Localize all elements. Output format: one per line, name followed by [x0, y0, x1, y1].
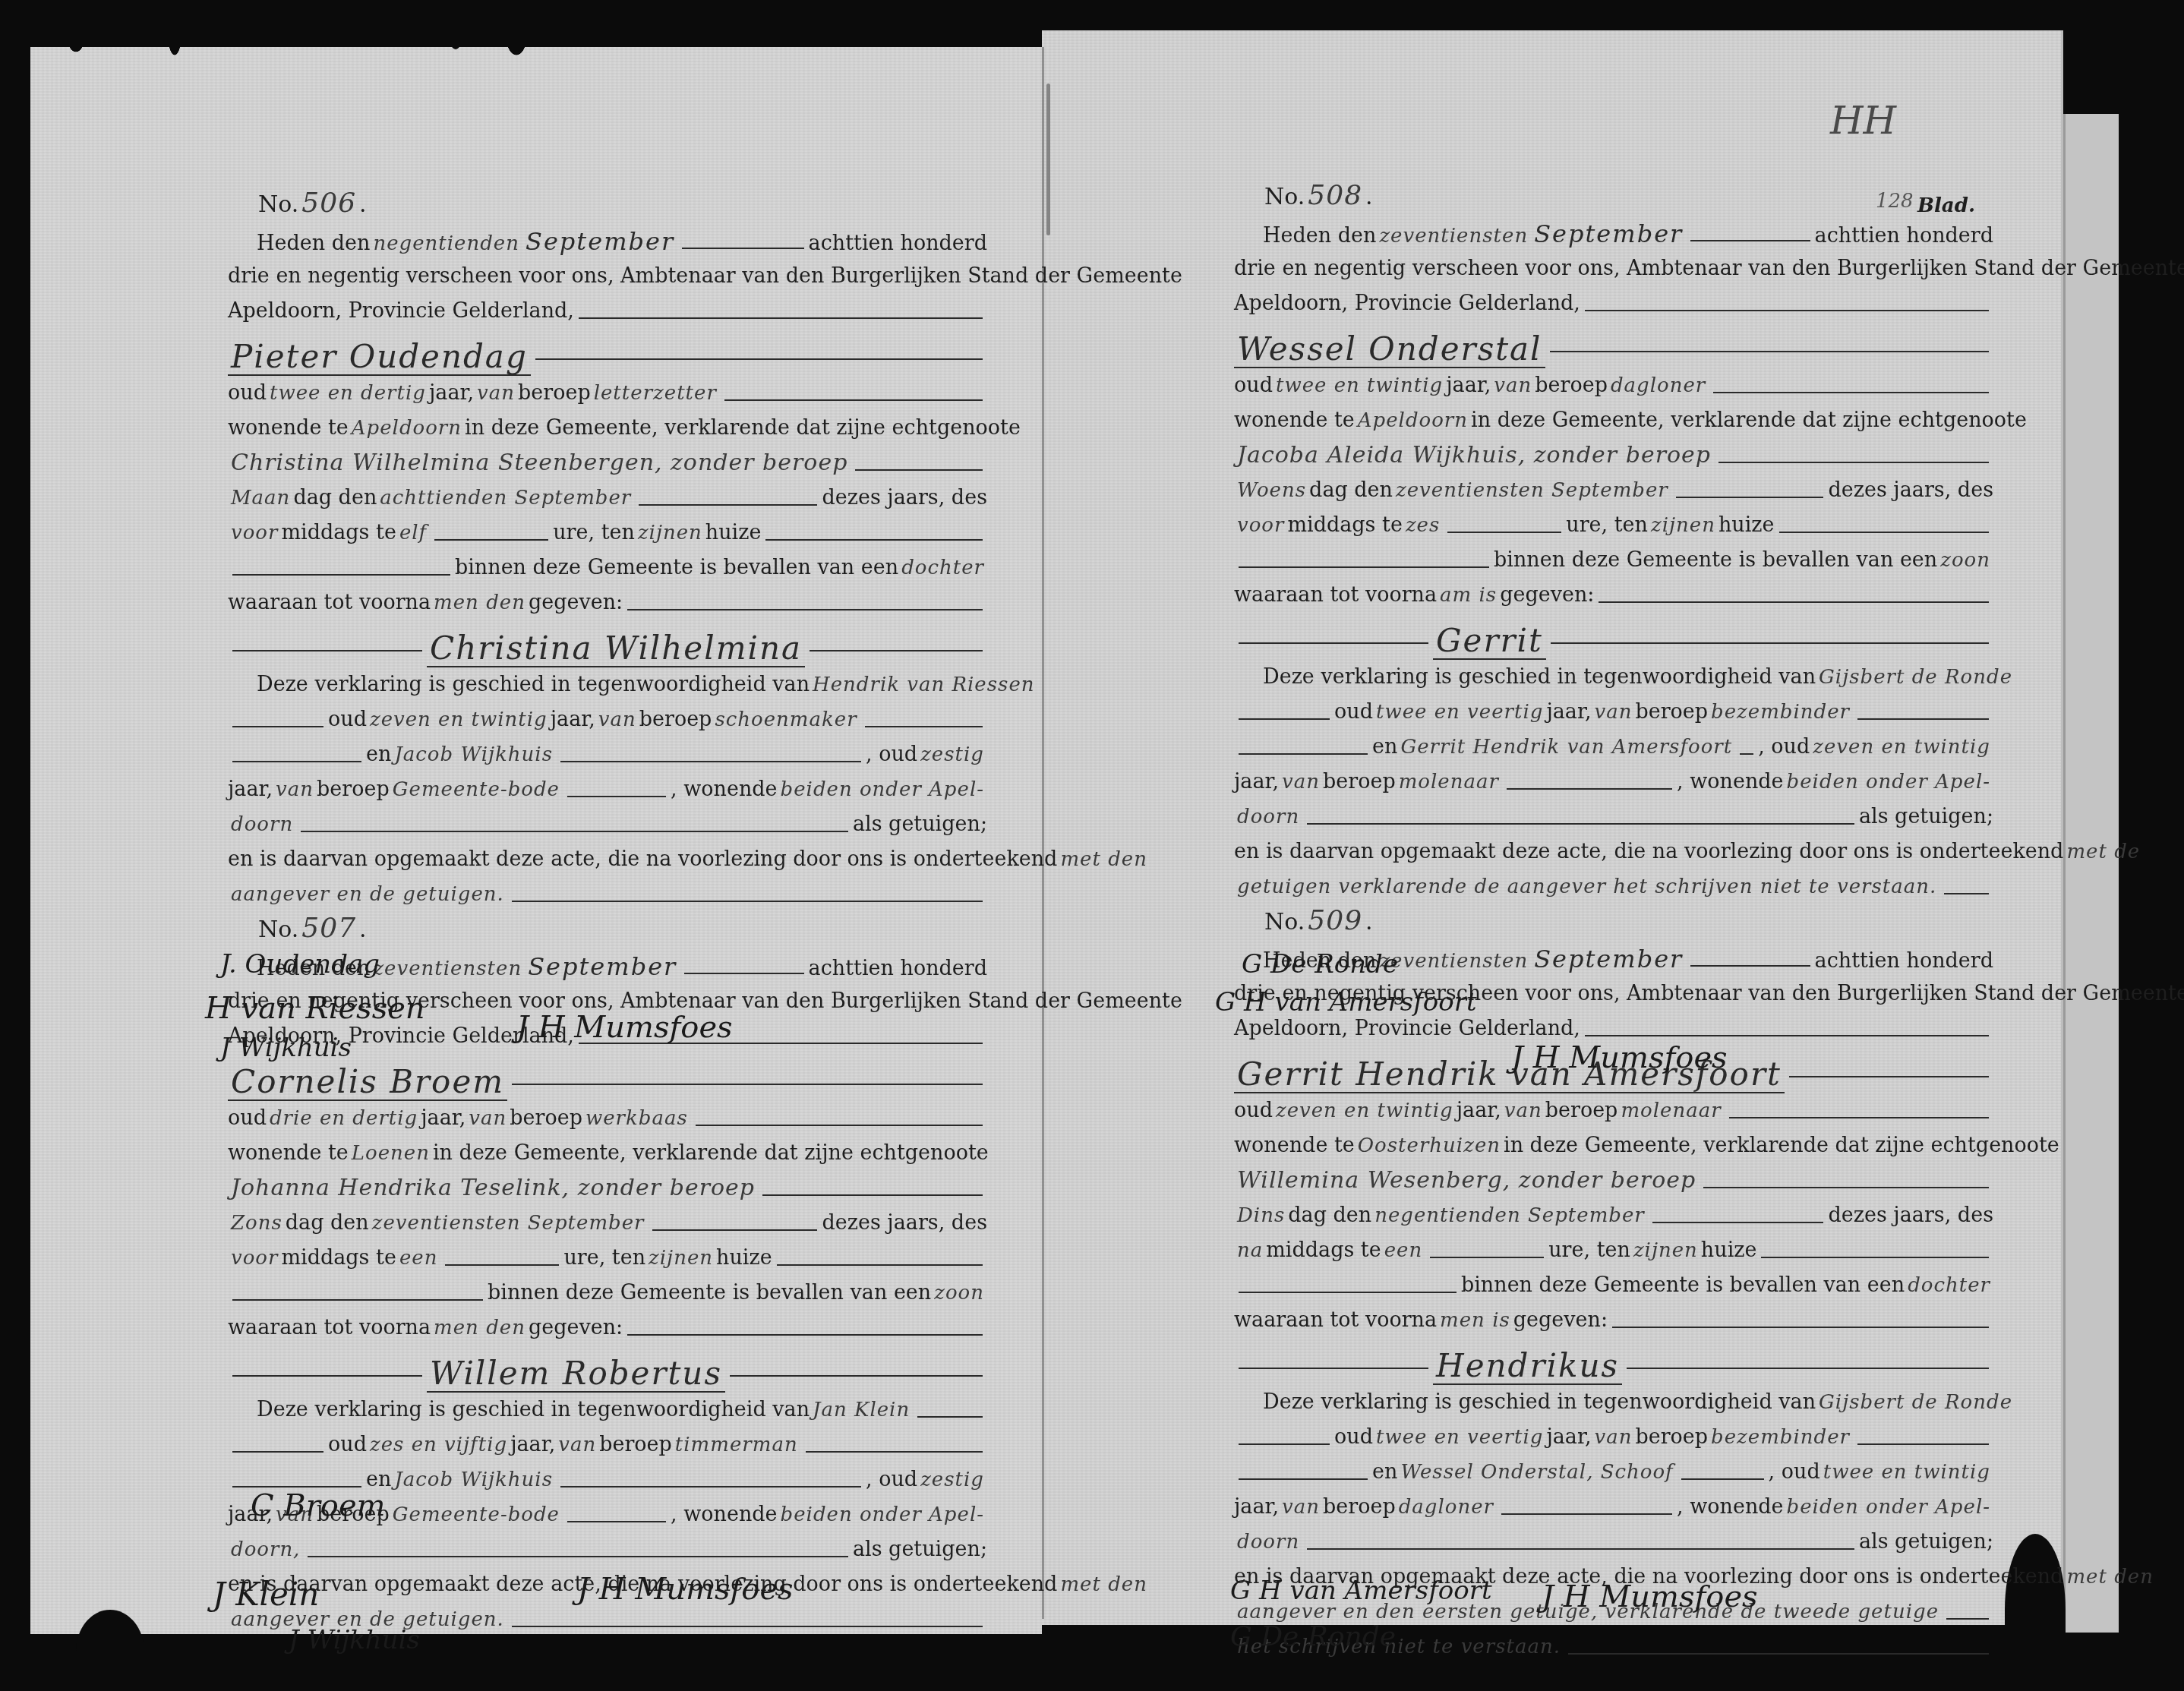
entry-number: No.508. [1264, 178, 1993, 216]
signature: J H Mumsfoes [1542, 1579, 1758, 1614]
form-line: jaar,vanberoepmolenaar, wonendebeiden on… [1234, 765, 1993, 800]
mother-name: Johanna Hendrika Teselink, zonder beroep [228, 1171, 758, 1206]
handwritten-sex: zoon [1937, 543, 1993, 578]
handwritten-sex: zoon [931, 1276, 987, 1311]
blank-rule-line [1550, 337, 1989, 352]
handwritten-birth-day: negentienden September [1371, 1198, 1648, 1233]
handwritten-house: zijnen [645, 1241, 716, 1276]
birth-certificate-509: No.509. Heden denzeventienstenSeptembera… [1234, 904, 1993, 1664]
handwritten-witnesses-residence-2: doorn, [228, 1532, 303, 1567]
form-line: wonende teOosterhuizenin deze Gemeente, … [1234, 1128, 1993, 1163]
handwritten-father-occupation: letterzetter [591, 376, 720, 411]
form-line: oudtwee en veertigjaar,vanberoepbezembin… [1234, 695, 1993, 730]
handwritten-witness1-occupation: timmerman [672, 1428, 801, 1462]
blank-rule-line [301, 817, 848, 832]
handwritten-date-day: zeventiensten [1376, 944, 1531, 979]
printed-form-text: beroep [518, 376, 591, 411]
printed-form-text: Deze verklaring is geschied in tegenwoor… [257, 1393, 810, 1428]
form-line: Hendrikus [1234, 1338, 1993, 1385]
printed-form-text: jaar, [1446, 368, 1491, 403]
blank-rule-line [1239, 740, 1368, 755]
handwritten-witnesses-residence: beiden onder Apel- [1784, 1490, 1993, 1525]
handwritten-witness1-age: zes en vijftig [367, 1428, 510, 1462]
handwritten-sex: dochter [898, 551, 987, 585]
father-name: Pieter Oudendag [228, 339, 531, 376]
handwritten-signed-with: met den [1057, 1567, 1150, 1602]
birth-certificate-508: No.508. Heden denzeventienstenSeptembera… [1234, 178, 1993, 904]
form-line: Heden dennegentiendenSeptemberachttien h… [228, 224, 987, 259]
handwritten-signed-with-2: aangever en de getuigen. [228, 877, 507, 912]
form-line: Apeldoorn, Provincie Gelderland, [228, 294, 987, 329]
signature: J Wijkhuis [220, 1033, 352, 1063]
printed-form-text: beroep [1323, 765, 1396, 800]
form-line: Dinsdag dennegentienden Septemberdezes j… [1234, 1198, 1993, 1233]
child-name: Christina Wilhelmina [427, 631, 805, 667]
form-line: Gerrit [1234, 613, 1993, 660]
printed-form-text: , wonende [1677, 765, 1784, 800]
printed-form-text: oud [228, 1101, 267, 1136]
form-line: waaraan tot voornamen dengegeven: [228, 585, 987, 620]
handwritten-hour: een [1381, 1233, 1426, 1268]
printed-form-text: binnen deze Gemeente is bevallen van een [488, 1276, 931, 1311]
blank-rule-line [1239, 1430, 1330, 1445]
father-name: Cornelis Broem [228, 1065, 507, 1101]
printed-form-text: ure, ten [563, 1241, 645, 1276]
form-line: jaar,vanberoepdagloner, wonendebeiden on… [1234, 1490, 1993, 1525]
signature: J Klein [213, 1576, 319, 1613]
form-line: voormiddags teelfure, tenzijnenhuize [228, 516, 987, 551]
blank-rule-line [512, 1612, 983, 1627]
blank-rule-line [1585, 1021, 1989, 1036]
blank-rule-line [1857, 1430, 1989, 1445]
blank-rule-line [512, 887, 983, 902]
handwritten-birth-day: zeventiensten September [369, 1206, 648, 1241]
witness-2: Gerrit Hendrik van Amersfoort [1397, 730, 1735, 765]
form-line: enJacob Wijkhuis, oudzestig [228, 737, 987, 772]
handwritten-father-van: van [1501, 1093, 1545, 1128]
form-line: Apeldoorn, Provincie Gelderland, [1234, 286, 1993, 321]
blank-rule-line [627, 595, 983, 610]
printed-form-text: waaraan tot voorna [228, 585, 431, 620]
form-line: wonende teLoenenin deze Gemeente, verkla… [228, 1136, 987, 1171]
form-line: namiddags teeenure, tenzijnenhuize [1234, 1233, 1993, 1268]
witness-1: Hendrik van Riessen [810, 667, 1038, 702]
printed-form-text: ure, ten [553, 516, 635, 551]
handwritten-father-occupation: dagloner [1608, 368, 1709, 403]
form-line: drie en negentig verscheen voor ons, Amb… [1234, 251, 1993, 286]
blank-rule-line [1239, 705, 1330, 720]
printed-form-text: , wonende [671, 772, 778, 807]
form-line: Woensdag denzeventiensten Septemberdezes… [1234, 473, 1993, 508]
handwritten-sex: dochter [1905, 1268, 1993, 1303]
handwritten-father-residence: Oosterhuizen [1355, 1128, 1504, 1163]
handwritten-witness2-age: zestig [917, 737, 987, 772]
handwritten-weekday: Dins [1234, 1198, 1288, 1233]
printed-form-text: No. [1264, 184, 1305, 210]
blank-rule-line [855, 456, 983, 471]
handwritten-signed-with-2: getuigen verklarende de aangever het sch… [1234, 869, 1939, 904]
handwritten-witness1-van: van [595, 702, 639, 737]
printed-form-text: binnen deze Gemeente is bevallen van een [1461, 1268, 1905, 1303]
signature: J. Oudendag [220, 949, 380, 980]
printed-form-text: en [366, 737, 391, 772]
printed-form-text: achttien honderd [1815, 944, 1993, 979]
handwritten-weekday: Maan [228, 481, 293, 516]
mother-name: Willemina Wesenberg, zonder beroep [1234, 1163, 1699, 1198]
printed-form-text: gegeven: [1513, 1303, 1608, 1338]
blank-rule-line [232, 712, 323, 727]
blank-rule-line [1239, 553, 1489, 568]
blank-rule-line [1789, 1062, 1989, 1077]
printed-form-text: , oud [1758, 730, 1810, 765]
form-line: waaraan tot voornaam isgegeven: [1234, 578, 1993, 613]
printed-form-text: drie en negentig verscheen voor ons, Amb… [1234, 251, 2184, 286]
printed-form-text: ure, ten [1548, 1233, 1630, 1268]
blank-rule-line [1239, 1278, 1457, 1293]
form-line: Deze verklaring is geschied in tegenwoor… [1234, 1385, 1993, 1420]
witness-2: Jacob Wijkhuis [391, 1462, 556, 1497]
blank-rule-line [652, 1216, 818, 1231]
blank-rule-line [730, 1361, 983, 1377]
blank-rule-line [1585, 296, 1989, 311]
form-line: binnen deze Gemeente is bevallen van een… [228, 1276, 987, 1311]
handwritten-witness2-occupation: Gemeente-bode [390, 1497, 563, 1532]
form-line: getuigen verklarende de aangever het sch… [1234, 869, 1993, 904]
printed-form-text: als getuigen; [1859, 1525, 1993, 1560]
form-line: voormiddags tezesure, tenzijnenhuize [1234, 508, 1993, 543]
entry-number: No.507. [258, 911, 987, 949]
blank-rule-line [1627, 1354, 1989, 1369]
printed-form-text: No. [1264, 909, 1305, 935]
handwritten-witness2-van: van [273, 772, 317, 807]
blank-rule-line [308, 1542, 848, 1557]
handwritten-hour: elf [396, 516, 430, 551]
form-line: Deze verklaring is geschied in tegenwoor… [1234, 660, 1993, 695]
printed-form-text: binnen deze Gemeente is bevallen van een [455, 551, 898, 585]
handwritten-witness1-occupation: bezembinder [1708, 1420, 1853, 1455]
blank-rule-line [917, 1402, 983, 1418]
pencil-mark [1046, 84, 1050, 235]
printed-form-text: middags te [1266, 1233, 1381, 1268]
form-line: binnen deze Gemeente is bevallen van een… [1234, 543, 1993, 578]
blank-rule-line [1447, 518, 1561, 533]
handwritten-father-residence: Apeldoorn [349, 411, 465, 446]
blank-rule-line [1239, 1465, 1368, 1480]
blank-rule-line [560, 1472, 861, 1488]
blank-rule-line [567, 1507, 666, 1522]
signature: J H Mumsfoes [1511, 1040, 1728, 1075]
blank-rule-line [1568, 1639, 1989, 1655]
blank-rule-line [232, 636, 422, 651]
form-line: wonende teApeldoornin deze Gemeente, ver… [1234, 403, 1993, 438]
handwritten-witness2-van: van [1279, 1490, 1323, 1525]
printed-form-text: oud [1334, 1420, 1373, 1455]
archive-initials-mark: HH [1830, 99, 1896, 143]
printed-form-text: als getuigen; [853, 1532, 987, 1567]
blank-rule-line [810, 636, 983, 651]
handwritten-witness1-age: zeven en twintig [367, 702, 551, 737]
printed-form-text: achttien honderd [1815, 219, 1993, 254]
printed-form-text: en is daarvan opgemaakt deze acte, die n… [1234, 834, 2063, 869]
printed-form-text: wonende te [1234, 1128, 1355, 1163]
printed-form-text: dag den [293, 481, 377, 516]
form-line: enWessel Onderstal, Schoof, oudtwee en t… [1234, 1455, 1993, 1490]
signature: H van Riessen [205, 991, 425, 1026]
handwritten-house: zijnen [1648, 508, 1718, 543]
signature: J H Mumsfoes [516, 1010, 733, 1045]
printed-form-text: waaraan tot voorna [1234, 1303, 1437, 1338]
handwritten-birth-day: zeventiensten September [1393, 473, 1671, 508]
form-line: Christina Wilhelmina Steenbergen, zonder… [228, 446, 987, 481]
handwritten-father-age: zeven en twintig [1273, 1093, 1457, 1128]
blank-rule-line [724, 386, 983, 401]
printed-form-text: Apeldoorn, Provincie Gelderland, [228, 294, 574, 329]
printed-form-text: in deze Gemeente, verklarende dat zijne … [1504, 1128, 2059, 1163]
blank-rule-line [1681, 1465, 1764, 1480]
form-line: enGerrit Hendrik van Amersfoort, oudzeve… [1234, 730, 1993, 765]
signature: G De Ronde [1230, 1621, 1396, 1652]
printed-form-text: oud [1234, 368, 1273, 403]
form-line: Willemina Wesenberg, zonder beroep [1234, 1163, 1993, 1198]
child-name: Willem Robertus [427, 1356, 725, 1393]
handwritten-witness2-age: zeven en twintig [1810, 730, 1993, 765]
blank-rule-line [560, 747, 861, 762]
form-line: ouddrie en dertigjaar,vanberoepwerkbaas [228, 1101, 987, 1136]
handwritten-ampm: voor [228, 1241, 281, 1276]
form-line: waaraan tot voornamen dengegeven: [228, 1311, 987, 1346]
witness-1: Jan Klein [810, 1393, 913, 1428]
handwritten-witness2-occupation: Gemeente-bode [390, 772, 563, 807]
form-line: oudzeven en twintigjaar,vanberoepschoenm… [228, 702, 987, 737]
printed-form-text: oud [228, 376, 267, 411]
blank-rule-line [1551, 629, 1989, 644]
blank-rule-line [1239, 629, 1428, 644]
blank-rule-line [445, 1251, 559, 1266]
printed-form-text: beroep [510, 1101, 582, 1136]
form-line: Maandag denachttienden Septemberdezes ja… [228, 481, 987, 516]
printed-form-text: oud [328, 1428, 367, 1462]
printed-form-text: in deze Gemeente, verklarende dat zijne … [433, 1136, 989, 1171]
printed-form-text: ure, ten [1566, 508, 1648, 543]
form-line: Christina Wilhelmina [228, 620, 987, 667]
witness-2: Wessel Onderstal, Schoof [1397, 1455, 1676, 1490]
handwritten-father-van: van [466, 1101, 510, 1136]
handwritten-signed-with: met de [2063, 834, 2143, 869]
form-line: waaraan tot voornamen isgegeven: [1234, 1303, 1993, 1338]
blank-rule-line [1946, 1604, 1989, 1620]
handwritten-naming: men den [431, 1311, 529, 1346]
handwritten-witnesses-residence: beiden onder Apel- [1784, 765, 1993, 800]
handwritten-witness1-age: twee en veertig [1373, 1420, 1546, 1455]
printed-form-text: beroep [1323, 1490, 1396, 1525]
printed-form-text: middags te [281, 1241, 396, 1276]
blank-rule-line [1857, 705, 1989, 720]
handwritten-date-month: September [525, 949, 680, 984]
handwritten-father-residence: Loenen [349, 1136, 433, 1171]
form-line: Wessel Onderstal [1234, 321, 1993, 368]
entry-number: No.509. [1264, 904, 1993, 942]
printed-form-text: waaraan tot voorna [228, 1311, 431, 1346]
handwritten-father-occupation: molenaar [1617, 1093, 1724, 1128]
printed-form-text: middags te [281, 516, 396, 551]
printed-form-text: jaar, [1234, 1490, 1279, 1525]
handwritten-date-month: September [522, 224, 677, 259]
blank-rule-line [232, 560, 450, 576]
form-line: Deze verklaring is geschied in tegenwoor… [228, 1393, 987, 1428]
blank-rule-line [232, 1437, 323, 1453]
handwritten-witness1-occupation: schoenmaker [712, 702, 860, 737]
blank-rule-line [639, 491, 817, 506]
handwritten-number: 506 [298, 188, 359, 219]
form-line: jaar,vanberoepGemeente-bode, wonendebeid… [228, 772, 987, 807]
blank-rule-line [1761, 1243, 1989, 1258]
handwritten-naming: am is [1437, 578, 1500, 613]
printed-form-text: en is daarvan opgemaakt deze acte, die n… [228, 842, 1057, 877]
form-line: doorn,als getuigen; [228, 1532, 987, 1567]
blank-rule-line [1307, 809, 1854, 825]
blank-rule-line [1676, 483, 1824, 498]
handwritten-witnesses-residence-2: doorn [1234, 1525, 1302, 1560]
handwritten-father-van: van [474, 376, 518, 411]
form-line: doornals getuigen; [1234, 800, 1993, 834]
printed-form-text: dezes jaars, des [822, 481, 987, 516]
handwritten-weekday: Woens [1234, 473, 1309, 508]
blank-rule-line [567, 782, 666, 797]
child-name: Hendrikus [1433, 1349, 1622, 1385]
printed-form-text: beroep [1635, 1420, 1708, 1455]
blank-rule-line [1944, 879, 1989, 894]
form-line: aangever en de getuigen. [228, 877, 987, 912]
blank-rule-line [579, 304, 983, 319]
blank-rule-line [232, 1286, 483, 1301]
handwritten-father-occupation: werkbaas [582, 1101, 691, 1136]
handwritten-witness2-occupation: molenaar [1396, 765, 1502, 800]
form-line: Deze verklaring is geschied in tegenwoor… [228, 667, 987, 702]
printed-form-text: Deze verklaring is geschied in tegenwoor… [1263, 1385, 1816, 1420]
printed-form-text: in deze Gemeente, verklarende dat zijne … [1471, 403, 2027, 438]
handwritten-number: 508 [1305, 180, 1365, 211]
handwritten-date-day: negentienden [370, 226, 522, 261]
signature: J H Mumsfoes [577, 1572, 794, 1607]
handwritten-signed-with: met den [2063, 1560, 2157, 1595]
blank-rule-line [1599, 588, 1989, 603]
form-line: binnen deze Gemeente is bevallen van een… [1234, 1268, 1993, 1303]
printed-form-text: binnen deze Gemeente is bevallen van een [1494, 543, 1937, 578]
printed-form-text: oud [1334, 695, 1373, 730]
form-line: Heden denzeventienstenSeptemberachttien … [1234, 216, 1993, 251]
printed-form-text: dezes jaars, des [1828, 1198, 1993, 1233]
handwritten-father-van: van [1491, 368, 1535, 403]
printed-form-text: jaar, [1546, 695, 1591, 730]
printed-form-text: , oud [866, 737, 917, 772]
blank-rule-line [627, 1320, 983, 1336]
handwritten-witness1-van: van [1591, 695, 1635, 730]
printed-form-text: dag den [1288, 1198, 1371, 1233]
handwritten-witness1-occupation: bezembinder [1708, 695, 1853, 730]
blank-rule-line [1307, 1535, 1854, 1550]
witness-1: Gijsbert de Ronde [1816, 1385, 2015, 1420]
printed-form-text: waaraan tot voorna [1234, 578, 1437, 613]
father-name: Wessel Onderstal [1234, 332, 1545, 368]
signature: C Broem [251, 1488, 386, 1523]
handwritten-father-age: twee en twintig [1273, 368, 1446, 403]
printed-form-text: huize [1718, 508, 1775, 543]
printed-form-text: jaar, [421, 1101, 466, 1136]
blank-rule-line [806, 1437, 983, 1453]
form-line: binnen deze Gemeente is bevallen van een… [228, 551, 987, 585]
handwritten-witness2-age: zestig [917, 1462, 987, 1497]
handwritten-witness1-van: van [1591, 1420, 1635, 1455]
form-line: oudtwee en twintigjaar,vanberoepdagloner [1234, 368, 1993, 403]
printed-form-text: Heden den [1263, 219, 1376, 254]
blank-rule-line [1718, 448, 1989, 463]
blank-rule-line [1740, 740, 1753, 755]
form-line: oudzeven en twintigjaar,vanberoepmolenaa… [1234, 1093, 1993, 1128]
blank-rule-line [1612, 1313, 1989, 1328]
blank-rule-line [865, 712, 983, 727]
printed-form-text: wonende te [228, 1136, 349, 1171]
form-line: oudzes en vijftigjaar,vanberoeptimmerman [228, 1428, 987, 1462]
blank-rule-line [434, 525, 548, 541]
handwritten-house: zijnen [1630, 1233, 1701, 1268]
printed-form-text: in deze Gemeente, verklarende dat zijne … [465, 411, 1021, 446]
printed-form-text: No. [258, 916, 298, 943]
printed-form-text: jaar, [1234, 765, 1279, 800]
printed-form-text: gegeven: [529, 585, 623, 620]
blank-rule-line [682, 234, 803, 249]
blank-rule-line [684, 959, 803, 974]
handwritten-witness2-occupation: dagloner [1396, 1490, 1497, 1525]
form-line: Zonsdag denzeventiensten Septemberdezes … [228, 1206, 987, 1241]
handwritten-birth-day: achttienden September [377, 481, 634, 516]
left-page-damage [76, 1610, 144, 1691]
right-page-damage [2005, 1534, 2066, 1686]
printed-form-text: No. [258, 191, 298, 218]
printed-form-text: jaar, [228, 772, 273, 807]
printed-form-text: wonende te [1234, 403, 1355, 438]
witness-1: Gijsbert de Ronde [1816, 660, 2015, 695]
form-line: en is daarvan opgemaakt deze acte, die n… [228, 842, 987, 877]
handwritten-number: 507 [298, 913, 359, 944]
printed-form-text: , wonende [671, 1497, 778, 1532]
printed-form-text: wonende te [228, 411, 349, 446]
birth-certificate-506: No.506. Heden dennegentiendenSeptemberac… [228, 186, 987, 912]
printed-form-text: , wonende [1677, 1490, 1784, 1525]
entry-number: No.506. [258, 186, 987, 224]
signature: J Wijkhuis [289, 1625, 420, 1655]
form-line: Pieter Oudendag [228, 329, 987, 376]
blank-rule-line [1430, 1243, 1544, 1258]
blank-rule-line [777, 1251, 983, 1266]
printed-form-text: oud [328, 702, 367, 737]
signature: G De Ronde [1242, 949, 1398, 980]
blank-rule-line [1690, 226, 1810, 241]
blank-rule-line [232, 747, 361, 762]
form-line: drie en negentig verscheen voor ons, Amb… [228, 259, 987, 294]
handwritten-ampm: voor [228, 516, 281, 551]
blank-rule-line [1690, 951, 1810, 967]
handwritten-naming: men is [1437, 1303, 1513, 1338]
handwritten-hour: zes [1403, 508, 1443, 543]
printed-form-text: dag den [1309, 473, 1393, 508]
form-line: Jacoba Aleida Wijkhuis, zonder beroep [1234, 438, 1993, 473]
handwritten-number: 509 [1305, 905, 1365, 936]
handwritten-date-month: September [1531, 942, 1686, 976]
handwritten-house: zijnen [635, 516, 705, 551]
printed-form-text: huize [1701, 1233, 1757, 1268]
printed-form-text: achttien honderd [809, 951, 987, 986]
signature: G H van Amersfoort [1230, 1576, 1492, 1606]
